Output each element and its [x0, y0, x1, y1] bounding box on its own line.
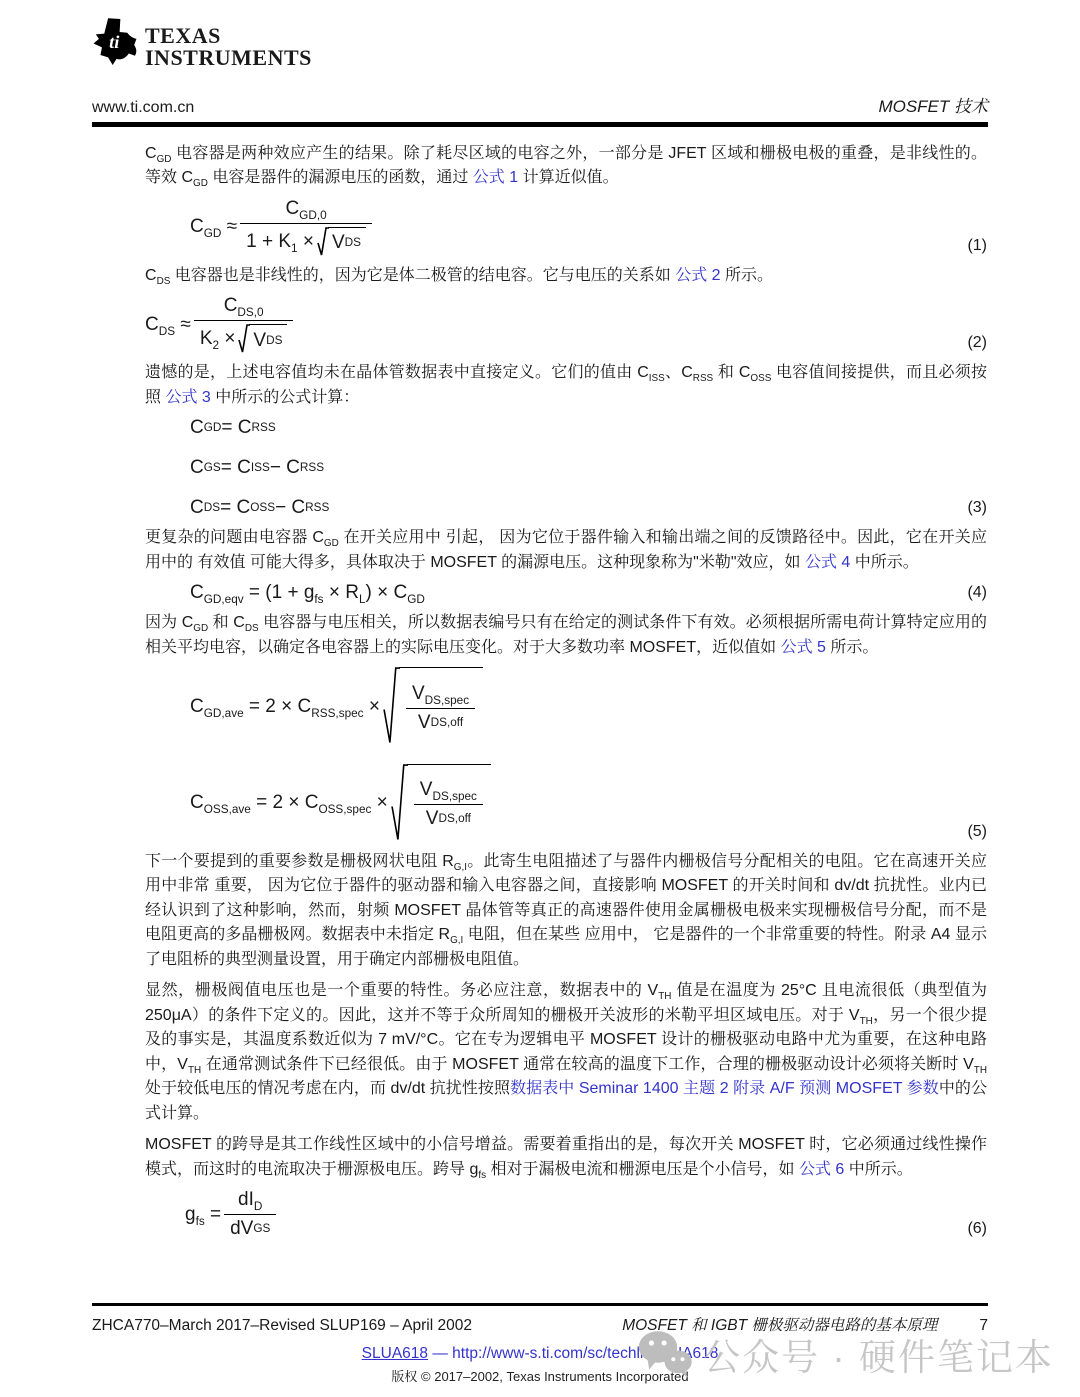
- subscript: RSS: [693, 374, 713, 385]
- subscript: GD: [157, 154, 172, 165]
- subscript: GD: [204, 227, 222, 240]
- inline-link[interactable]: 公式 2: [675, 267, 720, 284]
- subscript: GD: [193, 624, 208, 635]
- eq5-sqrt-num-2: VDS,spec: [414, 779, 483, 805]
- inline-link[interactable]: 公式 3: [165, 389, 210, 406]
- subscript: GD,0: [299, 209, 326, 222]
- subscript: DS,spec: [425, 693, 469, 706]
- equation-2: CDS ≈ CDS,0 K2 × VDS (2): [145, 295, 987, 354]
- eq1-numerator: CGD,0: [240, 198, 372, 224]
- subscript: DS: [245, 624, 259, 635]
- equation-number-2: (2): [967, 334, 987, 354]
- subscript: GD: [407, 593, 425, 606]
- eq5-row1-lhs: CGD,ave = 2 × CRSS,spec ×: [190, 696, 380, 718]
- eq6-denominator: dVGS: [224, 1215, 276, 1240]
- inline-link[interactable]: 公式 5: [781, 639, 826, 656]
- subscript: G,I: [454, 862, 467, 873]
- subscript: OSS: [750, 374, 771, 385]
- document-body: CGD 电容器是两种效应产生的结果。除了耗尽区域的电容之外，一部分是 JFET …: [0, 127, 1080, 1305]
- ti-logo-icon: ti: [92, 16, 138, 68]
- page-header: ti TEXAS INSTRUMENTS www.ti.com.cn MOSFE…: [0, 0, 1080, 127]
- subscript: fs: [196, 1214, 205, 1227]
- eq3-line-3: CDS = COSS − CRSS: [190, 497, 967, 519]
- eq2-fraction: CDS,0 K2 × VDS: [194, 295, 294, 354]
- eq2-lhs: CDS ≈: [145, 314, 191, 336]
- radical: VDS: [238, 324, 287, 354]
- eq1-sqrt-arg: VDS: [328, 227, 366, 257]
- eq6-lhs: gfs =: [185, 1204, 221, 1226]
- subscript: GD: [193, 179, 208, 190]
- brand-wordmark: TEXAS INSTRUMENTS: [145, 25, 312, 70]
- eq4-line: CGD,eqv = (1 + gfs × RL) × CGD: [190, 582, 425, 604]
- equation-3: CGD = CRSS CGS = CISS − CRSS CDS = COSS …: [145, 417, 987, 519]
- subscript: GD: [324, 539, 339, 550]
- subscript: D: [254, 1200, 263, 1213]
- eq6-fraction: dID dVGS: [224, 1189, 276, 1240]
- paragraph-4: 更复杂的问题由电容器 CGD 在开关应用中 引起， 因为它位于器件输入和输出端之…: [145, 526, 987, 575]
- subscript: OSS,spec: [318, 803, 371, 816]
- wechat-icon: [637, 1329, 693, 1379]
- brand-line-1: TEXAS: [145, 25, 312, 47]
- equation-6: gfs = dID dVGS (6): [145, 1189, 987, 1240]
- paragraph-1: CGD 电容器是两种效应产生的结果。除了耗尽区域的电容之外，一部分是 JFET …: [145, 142, 987, 191]
- subscript: 2: [213, 339, 220, 352]
- brand-line-2: INSTRUMENTS: [145, 47, 312, 69]
- paragraph-3: 遗憾的是，上述电容值均未在晶体管数据表中直接定义。它们的值由 CISS、CRSS…: [145, 361, 987, 410]
- eq2-numerator: CDS,0: [194, 295, 294, 321]
- subscript: TH: [860, 1016, 873, 1027]
- subscript: fs: [314, 593, 323, 606]
- equation-number-6: (6): [967, 1220, 987, 1240]
- inline-link[interactable]: 公式 1: [473, 169, 518, 186]
- subscript: RSS,spec: [311, 706, 363, 719]
- eq1-lhs: CGD ≈: [190, 216, 237, 238]
- subscript: ISS: [649, 374, 665, 385]
- ti-brand: ti TEXAS INSTRUMENTS: [92, 16, 988, 70]
- subscript: DS,spec: [432, 790, 476, 803]
- subscript: 1: [291, 242, 298, 255]
- radical: VDS: [317, 227, 366, 257]
- doc-category: MOSFET 技术: [878, 92, 988, 117]
- eq5-sqrt-den-2: VDS,off: [414, 805, 483, 830]
- eq3-line-2: CGS = CISS − CRSS: [190, 457, 967, 479]
- equation-number-5: (5): [967, 823, 987, 843]
- radical: VDS,spec VDS,off: [391, 764, 491, 843]
- equation-number-4: (4): [967, 584, 987, 604]
- subscript: OSS,ave: [204, 803, 251, 816]
- eq2-sqrt-arg: VDS: [249, 324, 287, 354]
- eq5-row2-lhs: COSS,ave = 2 × COSS,spec ×: [190, 792, 388, 814]
- subscript: TH: [188, 1065, 201, 1076]
- radical: VDS,spec VDS,off: [383, 667, 483, 746]
- site-url[interactable]: www.ti.com.cn: [92, 99, 194, 117]
- equation-number-3: (3): [967, 499, 987, 519]
- paragraph-6: 下一个要提到的重要参数是栅极网状电阻 RG,I。此寄生电阻描述了与器件内栅极信号…: [145, 850, 987, 973]
- subscript: TH: [658, 991, 671, 1002]
- paragraph-5: 因为 CGD 和 CDS 电容器与电压相关，所以数据表编号只有在给定的测试条件下…: [145, 611, 987, 660]
- inline-link[interactable]: 公式 4: [805, 554, 850, 571]
- equation-1: CGD ≈ CGD,0 1 + K1 × VDS (1): [145, 198, 987, 257]
- subscript: DS,0: [237, 306, 263, 319]
- subscript: DS: [159, 325, 175, 338]
- footer-rule: [92, 1303, 988, 1306]
- subscript: fs: [478, 1170, 486, 1181]
- inline-link[interactable]: 数据表中 Seminar 1400 主题 2 附录 A/F 预测 MOSFET …: [510, 1080, 939, 1097]
- document-page: ti TEXAS INSTRUMENTS www.ti.com.cn MOSFE…: [0, 0, 1080, 1397]
- eq2-den-pre: K2 ×: [200, 328, 236, 350]
- svg-text:ti: ti: [109, 32, 120, 52]
- paragraph-2: CDS 电容器也是非线性的，因为它是体二极管的结电容。它与电压的关系如 公式 2…: [145, 264, 987, 289]
- subscript: GD,ave: [204, 706, 244, 719]
- paragraph-7: 显然，栅极阀值电压也是一个重要的特性。务必应注意，数据表中的 VTH 值是在温度…: [145, 979, 987, 1126]
- subscript: G,I: [450, 935, 463, 946]
- watermark-text: 公众号 · 硬件笔记本: [703, 1327, 1054, 1381]
- subscript: TH: [974, 1065, 987, 1076]
- eq5-sqrt-num: VDS,spec: [406, 683, 475, 709]
- subscript: L: [359, 593, 366, 606]
- eq3-line-1: CGD = CRSS: [190, 417, 967, 439]
- footer-doc-link[interactable]: SLUA618: [362, 1345, 428, 1362]
- eq1-fraction: CGD,0 1 + K1 × VDS: [240, 198, 372, 257]
- eq5-sqrt-den: VDS,off: [406, 709, 475, 734]
- doc-id: ZHCA770–March 2017–Revised SLUP169 – Apr…: [92, 1317, 472, 1335]
- paragraph-8: MOSFET 的跨导是其工作线性区域中的小信号增益。需要着重指出的是，每次开关 …: [145, 1133, 987, 1182]
- footer-link-separator: —: [428, 1345, 452, 1362]
- subscript: DS: [157, 276, 171, 287]
- equation-4: CGD,eqv = (1 + gfs × RL) × CGD (4): [145, 582, 987, 604]
- subscript: GD,eqv: [204, 593, 244, 606]
- inline-link[interactable]: 公式 6: [799, 1161, 844, 1178]
- eq6-numerator: dID: [224, 1189, 276, 1215]
- equation-number-1: (1): [967, 237, 987, 257]
- eq1-den-pre: 1 + K1 ×: [246, 231, 314, 253]
- equation-5: CGD,ave = 2 × CRSS,spec × VDS,spec VDS,o…: [145, 667, 987, 842]
- watermark: 公众号 · 硬件笔记本: [637, 1327, 1054, 1381]
- header-meta-row: www.ti.com.cn MOSFET 技术: [92, 92, 988, 122]
